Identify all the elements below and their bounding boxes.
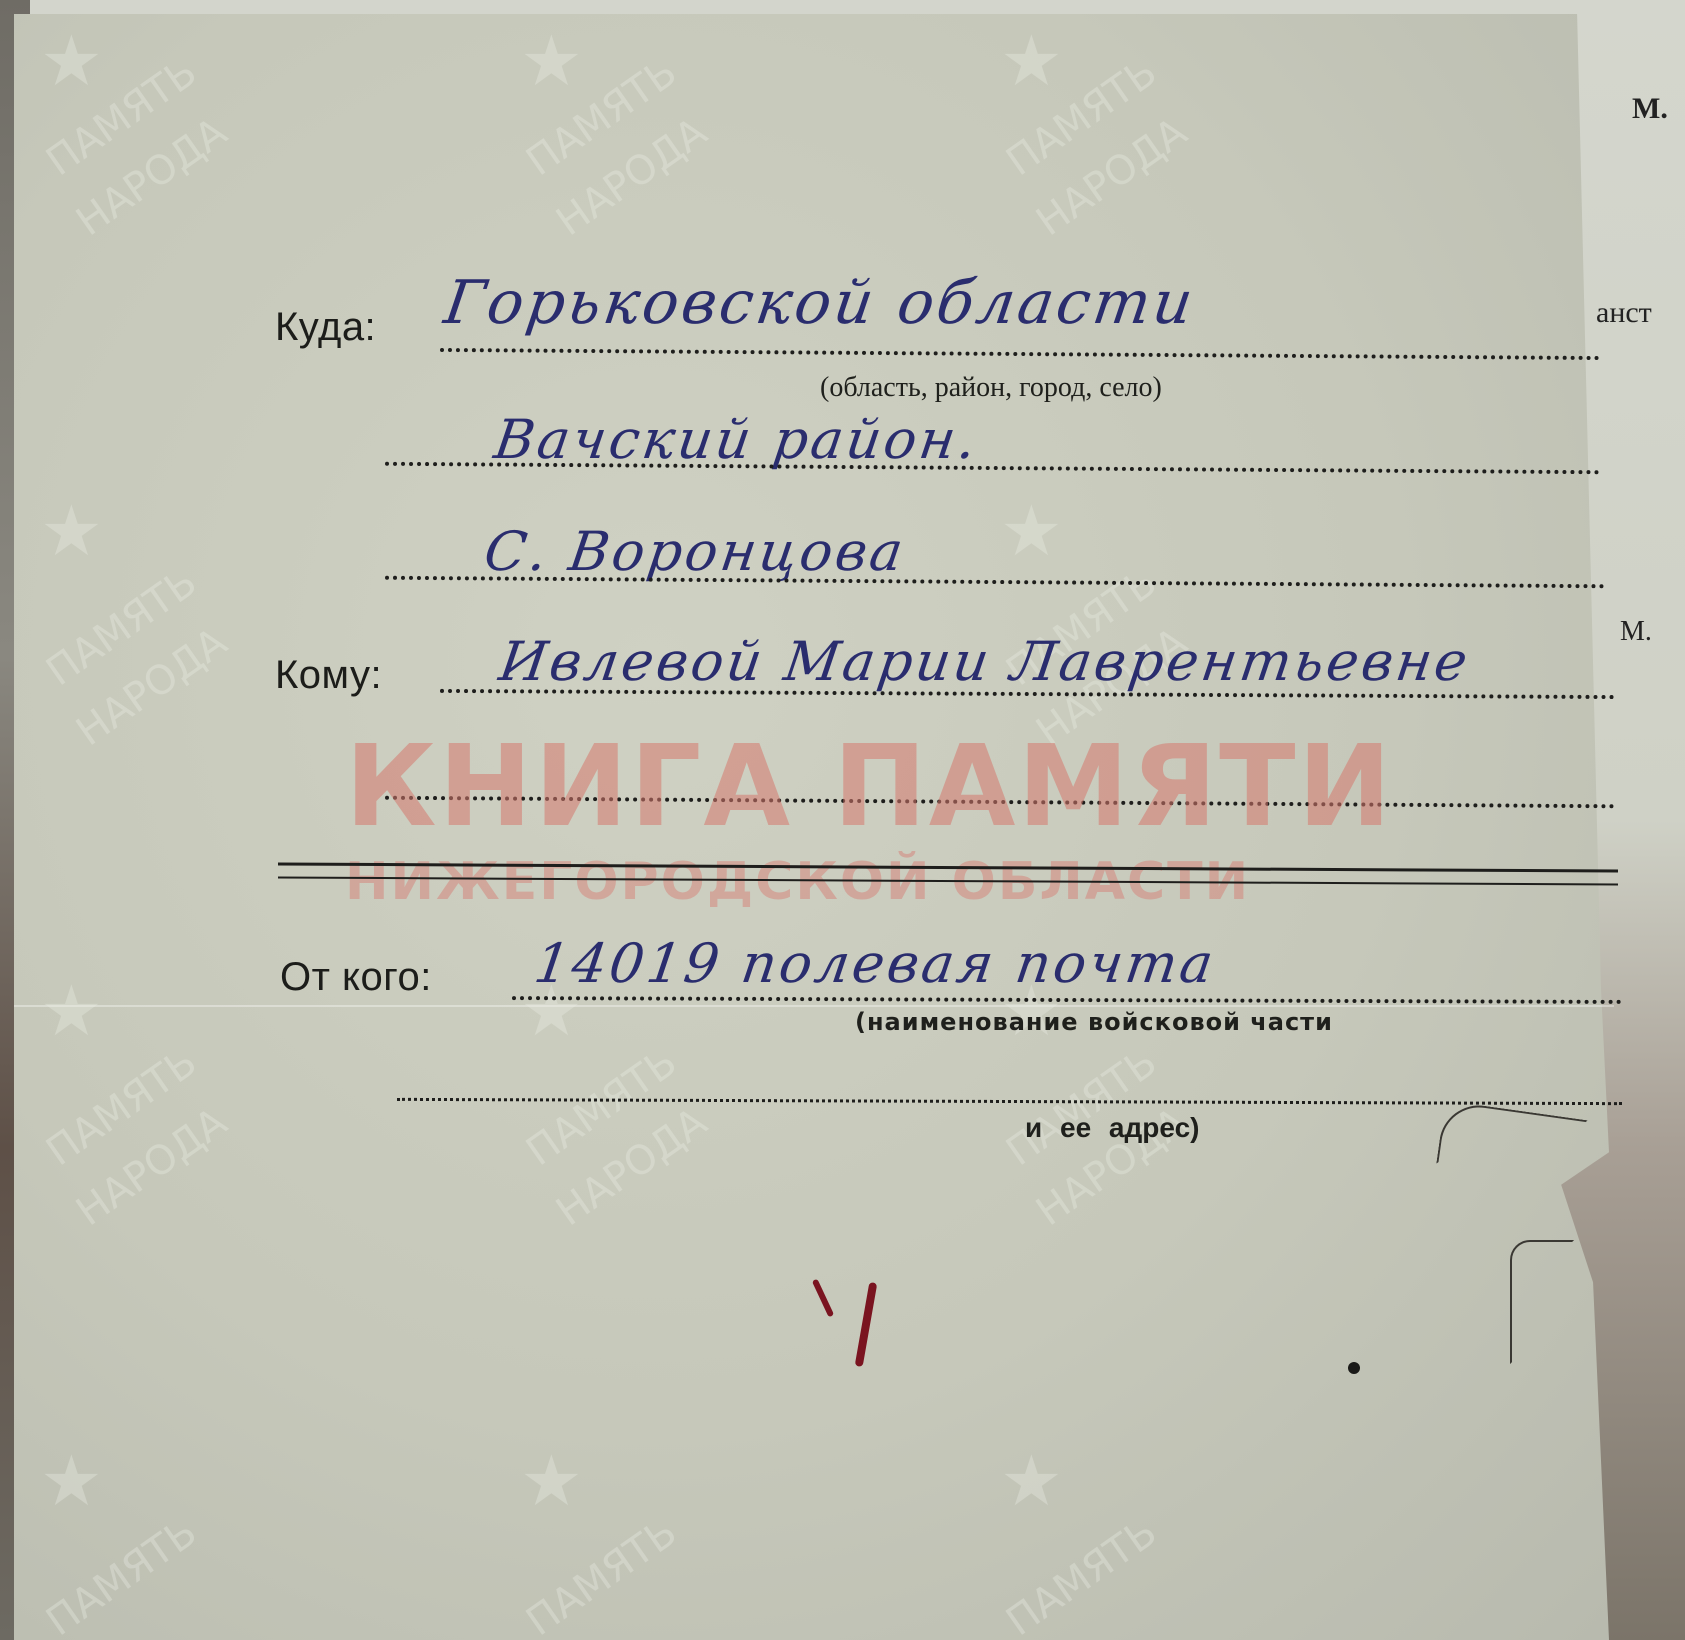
star-icon: ★ <box>520 20 583 102</box>
to-where-line-2: Вачский район. <box>491 408 983 471</box>
fold-line <box>14 1005 1614 1007</box>
from-value: 14019 полевая почта <box>531 932 1220 995</box>
to-where-line-1: Горьковской области <box>440 268 1200 338</box>
watermark-kniga-pamyati: КНИГА ПАМЯТИ <box>345 722 1393 852</box>
background-fragment-m: М. <box>1632 92 1668 126</box>
star-icon: ★ <box>1000 490 1063 572</box>
star-icon: ★ <box>40 1440 103 1522</box>
paper-tear <box>1510 1240 1574 1364</box>
from-hint-2: и ее адрес) <box>1025 1112 1199 1144</box>
ink-dot <box>1348 1362 1360 1374</box>
to-whom-value: Ивлевой Марии Лаврентьевне <box>496 630 1475 693</box>
background-fragment-anst: анст <box>1596 296 1652 330</box>
to-where-hint: (область, район, город, село) <box>820 372 1162 404</box>
from-label: От кого: <box>280 955 432 1000</box>
star-icon: ★ <box>1000 1440 1063 1522</box>
to-whom-label: Кому: <box>275 653 382 698</box>
from-hint-1: (наименование войсковой части <box>855 1008 1333 1036</box>
background-fragment-m2: М. <box>1620 616 1652 648</box>
star-icon: ★ <box>40 490 103 572</box>
star-icon: ★ <box>40 970 103 1052</box>
to-where-line-3: С. Воронцова <box>481 520 910 583</box>
to-where-label: Куда: <box>275 305 376 350</box>
star-icon: ★ <box>40 20 103 102</box>
star-icon: ★ <box>1000 20 1063 102</box>
star-icon: ★ <box>520 1440 583 1522</box>
